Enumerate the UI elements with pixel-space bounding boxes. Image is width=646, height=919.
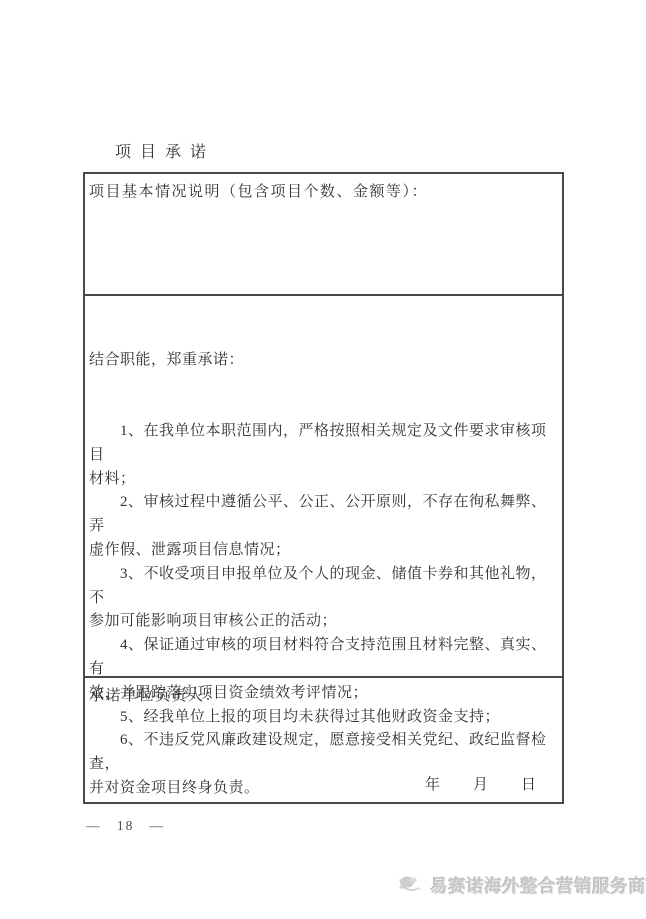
pledge-line: 3、不收受项目申报单位及个人的现金、储值卡券和其他礼物，不: [89, 563, 559, 611]
document-page: 项目承诺 项目基本情况说明（包含项目个数、金额等）： 结合职能，郑重承诺： 1、…: [0, 0, 646, 919]
pledge-line: 1、在我单位本职范围内，严格按照相关规定及文件要求审核项目: [89, 420, 559, 468]
document-title: 项目承诺: [115, 139, 215, 162]
basic-info-label: 项目基本情况说明（包含项目个数、金额等）：: [85, 174, 562, 201]
date-month-label: 月: [473, 773, 488, 794]
date-year-label: 年: [425, 773, 440, 794]
commitment-form-table: 项目基本情况说明（包含项目个数、金额等）： 结合职能，郑重承诺： 1、在我单位本…: [83, 172, 564, 804]
pledge-line: 4、保证通过审核的项目材料符合支持范围且材料完整、真实、有: [89, 634, 559, 682]
ink-splash-logo-icon: [396, 872, 424, 898]
pledge-line: 2、审核过程中遵循公平、公正、公开原则，不存在徇私舞弊、弄: [89, 491, 559, 539]
brand-watermark-text: 易赛诺海外整合营销服务商: [430, 873, 646, 898]
date-line: 年月日: [425, 773, 536, 794]
brand-footer: 易赛诺海外整合营销服务商: [396, 872, 646, 898]
pledge-line: 材料；: [89, 468, 559, 492]
pledge-line: 参加可能影响项目审核公正的活动；: [89, 610, 559, 634]
basic-info-cell: 项目基本情况说明（包含项目个数、金额等）：: [85, 174, 562, 296]
pledge-cell: 结合职能，郑重承诺： 1、在我单位本职范围内，严格按照相关规定及文件要求审核项目…: [85, 296, 562, 678]
pledge-line: 虚作假、泄露项目信息情况；: [89, 539, 559, 563]
page-number: — 18 —: [86, 818, 165, 834]
pledge-heading: 结合职能，郑重承诺：: [89, 349, 559, 373]
date-day-label: 日: [521, 773, 536, 794]
signature-cell: 承诺单位负责人： 年月日: [85, 678, 562, 802]
signature-label: 承诺单位负责人：: [85, 678, 562, 705]
